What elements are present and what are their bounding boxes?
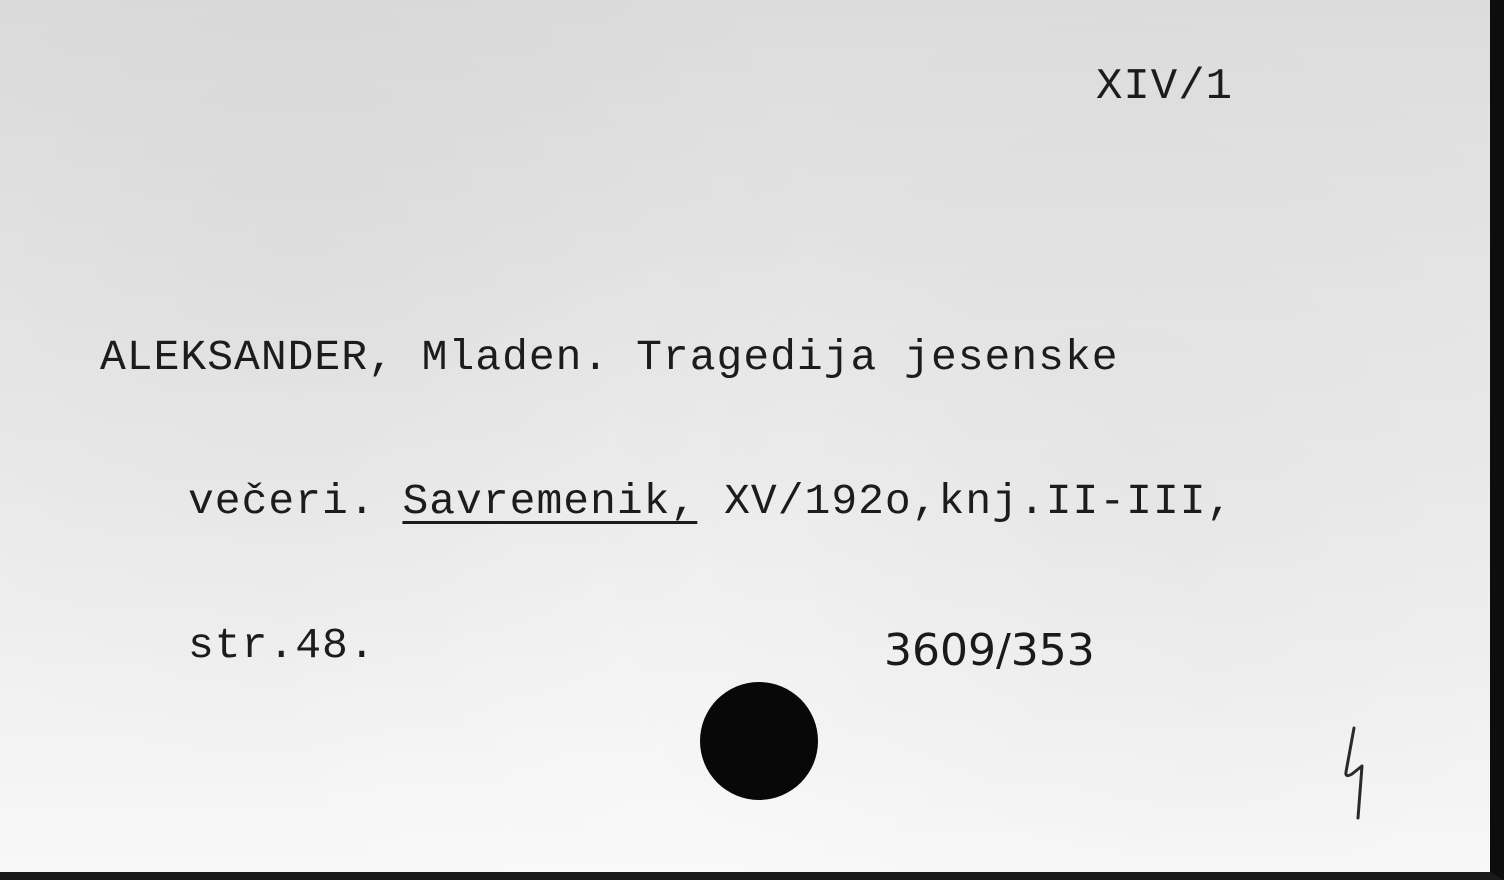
accession-number: 3609/353	[884, 626, 1095, 676]
volume-info: XV/192o,knj.II-III,	[697, 477, 1233, 526]
call-number: XIV/1	[1096, 62, 1233, 112]
title-continuation: večeri.	[188, 477, 402, 526]
author-surname: ALEKSANDER,	[100, 333, 395, 382]
entry-line-1: ALEKSANDER, Mladen. Tragedija jesenske	[100, 334, 1233, 382]
entry-line-2: večeri. Savremenik, XV/192o,knj.II-III,	[100, 478, 1233, 526]
catalog-card: XIV/1 ALEKSANDER, Mladen. Tragedija jese…	[0, 0, 1504, 880]
handwritten-mark-icon	[1340, 722, 1380, 822]
punch-hole-icon	[700, 682, 818, 800]
bibliographic-entry: ALEKSANDER, Mladen. Tragedija jesenske v…	[100, 238, 1233, 766]
author-and-title: Mladen. Tragedija jesenske	[395, 333, 1119, 382]
journal-title: Savremenik,	[402, 477, 697, 526]
